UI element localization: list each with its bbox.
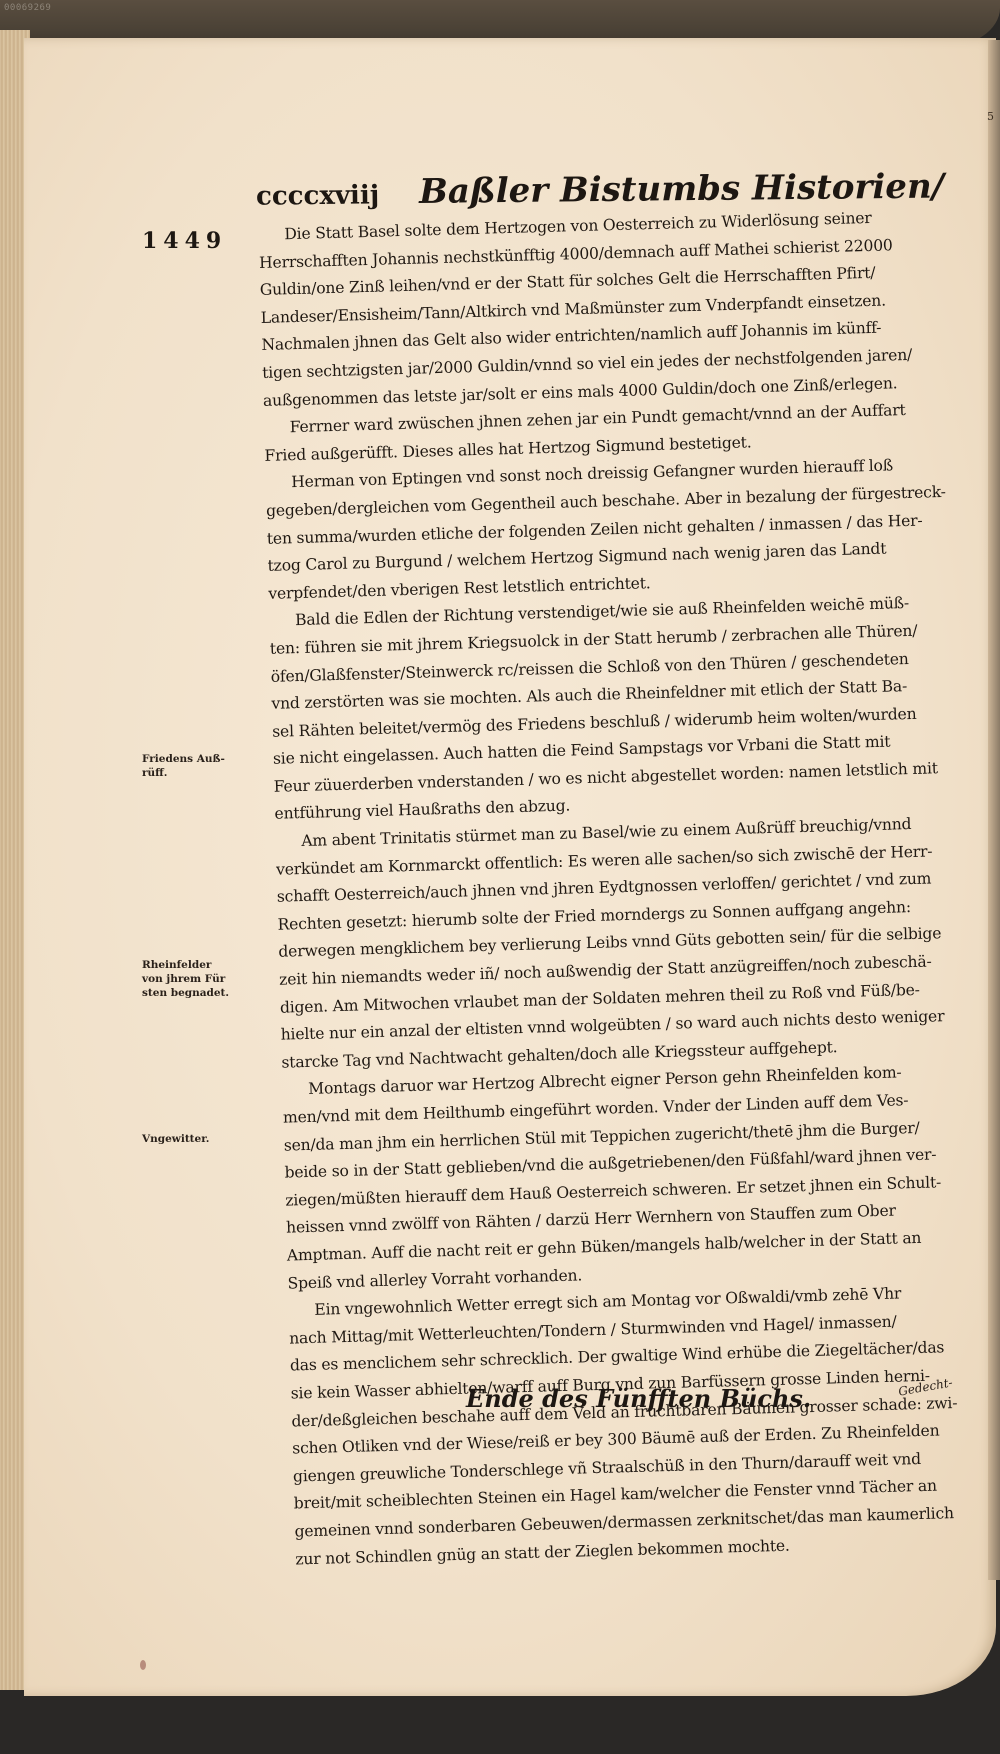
page-number: ccccxviij	[256, 180, 379, 211]
year-marker: 1449	[142, 228, 227, 254]
body-text: Die Statt Basel solte dem Hertzogen von …	[258, 202, 1000, 1573]
paper-stain	[140, 1660, 146, 1670]
scan-id: 00069269	[4, 3, 51, 13]
book-ending: Ende des Fünfften Büchs.	[466, 1384, 811, 1413]
margin-note: Rheinfelder von jhrem Für sten begnadet.	[142, 958, 232, 1000]
margin-note: Vngewitter.	[142, 1132, 232, 1146]
folio-mark: 5	[987, 110, 994, 123]
margin-note: Friedens Auß- rüff.	[142, 752, 232, 780]
